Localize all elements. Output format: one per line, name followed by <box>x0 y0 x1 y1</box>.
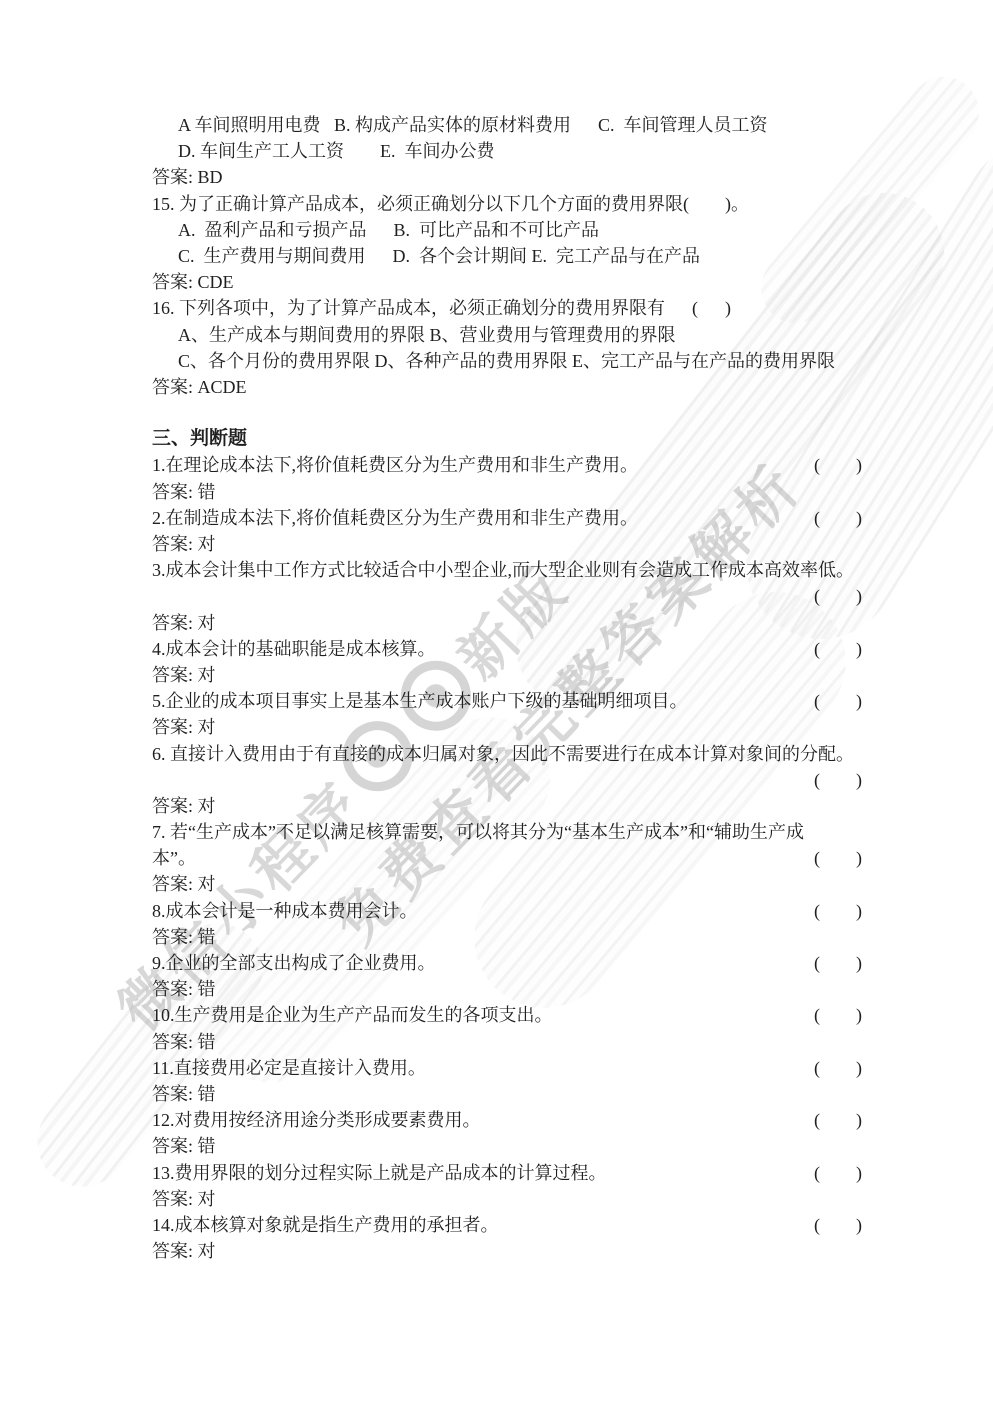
answer-bracket: ( ) <box>814 1107 862 1133</box>
question-line: 13.费用界限的划分过程实际上就是产品成本的计算过程。( ) <box>152 1160 862 1186</box>
answer-bracket: ( ) <box>814 1055 862 1081</box>
answer-bracket: ( ) <box>814 898 862 924</box>
line-text: A、生产成本与期间费用的界限 B、营业费用与管理费用的界限 <box>152 322 676 348</box>
question-line: 9.企业的全部支出构成了企业费用。( ) <box>152 950 862 976</box>
line-text: 答案: 错 <box>152 1133 216 1159</box>
answer-bracket: ( ) <box>814 767 862 793</box>
line-text: 答案: 对 <box>152 531 216 557</box>
answer-line: 答案: 错 <box>152 1029 862 1055</box>
answer-line: 答案: ACDE <box>152 374 862 400</box>
question-line: 15. 为了正确计算产品成本，必须正确划分以下几个方面的费用界限( )。 <box>152 191 862 217</box>
answer-bracket: ( ) <box>814 452 862 478</box>
document-content: A 车间照明用电费 B. 构成产品实体的原材料费用 C. 车间管理人员工资D. … <box>152 112 862 1264</box>
answer-line: 答案: 错 <box>152 924 862 950</box>
answer-line: 答案: 对 <box>152 793 862 819</box>
line-text: 10.生产费用是企业为生产产品而发生的各项支出。 <box>152 1002 553 1028</box>
option-line: A 车间照明用电费 B. 构成产品实体的原材料费用 C. 车间管理人员工资 <box>152 112 862 138</box>
answer-bracket: ( ) <box>814 1002 862 1028</box>
question-line: 本”。( ) <box>152 845 862 871</box>
question-line: 11.直接费用必定是直接计入费用。( ) <box>152 1055 862 1081</box>
line-text: C. 生产费用与期间费用 D. 各个会计期间 E. 完工产品与在产品 <box>152 243 700 269</box>
line-text: 2.在制造成本法下,将价值耗费区分为生产费用和非生产费用。 <box>152 505 638 531</box>
line-text: 答案: 对 <box>152 662 216 688</box>
line-text: 6. 直接计入费用由于有直接的成本归属对象，因此不需要进行在成本计算对象间的分配… <box>152 741 854 767</box>
answer-bracket: ( ) <box>814 1212 862 1238</box>
answer-line: 答案: 错 <box>152 1133 862 1159</box>
line-text: 答案: 对 <box>152 1186 216 1212</box>
line-text: 三、判断题 <box>152 426 247 452</box>
answer-bracket: ( ) <box>814 505 862 531</box>
answer-line: 答案: 对 <box>152 871 862 897</box>
line-text: 5.企业的成本项目事实上是基本生产成本账户下级的基础明细项目。 <box>152 688 688 714</box>
line-text: 答案: 错 <box>152 479 216 505</box>
bracket-line: ( ) <box>152 767 862 793</box>
line-text: 答案: 对 <box>152 610 216 636</box>
option-line: C、各个月份的费用界限 D、各种产品的费用界限 E、完工产品与在产品的费用界限 <box>152 348 862 374</box>
blank-line <box>152 400 862 426</box>
line-text: 11.直接费用必定是直接计入费用。 <box>152 1055 426 1081</box>
line-text: A 车间照明用电费 B. 构成产品实体的原材料费用 C. 车间管理人员工资 <box>152 112 768 138</box>
line-text: 16. 下列各项中，为了计算产品成本，必须正确划分的费用界限有 ( ) <box>152 295 731 321</box>
answer-bracket: ( ) <box>814 688 862 714</box>
line-text: 4.成本会计的基础职能是成本核算。 <box>152 636 436 662</box>
line-text: 1.在理论成本法下,将价值耗费区分为生产费用和非生产费用。 <box>152 452 638 478</box>
option-line: C. 生产费用与期间费用 D. 各个会计期间 E. 完工产品与在产品 <box>152 243 862 269</box>
line-text: 答案: 对 <box>152 793 216 819</box>
line-text: 9.企业的全部支出构成了企业费用。 <box>152 950 436 976</box>
answer-line: 答案: 错 <box>152 1081 862 1107</box>
line-text: 答案: BD <box>152 164 223 190</box>
answer-line: 答案: 对 <box>152 531 862 557</box>
answer-bracket: ( ) <box>814 1160 862 1186</box>
answer-line: 答案: 对 <box>152 714 862 740</box>
question-line: 12.对费用按经济用途分类形成要素费用。( ) <box>152 1107 862 1133</box>
answer-line: 答案: CDE <box>152 269 862 295</box>
answer-line: 答案: BD <box>152 164 862 190</box>
line-text: 12.对费用按经济用途分类形成要素费用。 <box>152 1107 481 1133</box>
answer-bracket: ( ) <box>814 636 862 662</box>
option-line: A、生产成本与期间费用的界限 B、营业费用与管理费用的界限 <box>152 322 862 348</box>
answer-bracket: ( ) <box>814 950 862 976</box>
answer-line: 答案: 对 <box>152 1238 862 1264</box>
line-text: 答案: 错 <box>152 924 216 950</box>
line-text: 13.费用界限的划分过程实际上就是产品成本的计算过程。 <box>152 1160 607 1186</box>
answer-bracket: ( ) <box>814 583 862 609</box>
bracket-line: ( ) <box>152 583 862 609</box>
answer-line: 答案: 对 <box>152 610 862 636</box>
question-line: 8.成本会计是一种成本费用会计。( ) <box>152 898 862 924</box>
question-line: 4.成本会计的基础职能是成本核算。( ) <box>152 636 862 662</box>
line-text: 答案: 对 <box>152 1238 216 1264</box>
line-text: 15. 为了正确计算产品成本，必须正确划分以下几个方面的费用界限( )。 <box>152 191 749 217</box>
line-text: 8.成本会计是一种成本费用会计。 <box>152 898 418 924</box>
line-text: 7. 若“生产成本”不足以满足核算需要，可以将其分为“基本生产成本”和“辅助生产… <box>152 819 804 845</box>
line-text: 答案: 错 <box>152 976 216 1002</box>
line-text: 答案: ACDE <box>152 374 247 400</box>
line-text: 本”。 <box>152 845 196 871</box>
line-text: 14.成本核算对象就是指生产费用的承担者。 <box>152 1212 499 1238</box>
question-line: 7. 若“生产成本”不足以满足核算需要，可以将其分为“基本生产成本”和“辅助生产… <box>152 819 862 845</box>
answer-line: 答案: 对 <box>152 662 862 688</box>
line-text: 3.成本会计集中工作方式比较适合中小型企业,而大型企业则有会造成工作成本高效率低… <box>152 557 854 583</box>
question-line: 10.生产费用是企业为生产产品而发生的各项支出。( ) <box>152 1002 862 1028</box>
line-text: 答案: 对 <box>152 714 216 740</box>
line-text: D. 车间生产工人工资 E. 车间办公费 <box>152 138 495 164</box>
option-line: D. 车间生产工人工资 E. 车间办公费 <box>152 138 862 164</box>
line-text: 答案: 错 <box>152 1029 216 1055</box>
option-line: A. 盈利产品和亏损产品 B. 可比产品和不可比产品 <box>152 217 862 243</box>
line-text: 答案: CDE <box>152 269 234 295</box>
answer-line: 答案: 错 <box>152 976 862 1002</box>
question-line: 2.在制造成本法下,将价值耗费区分为生产费用和非生产费用。( ) <box>152 505 862 531</box>
question-line: 1.在理论成本法下,将价值耗费区分为生产费用和非生产费用。( ) <box>152 452 862 478</box>
answer-line: 答案: 对 <box>152 1186 862 1212</box>
document-page: 微信小程序新版 免费查看完整答案解析 A 车间照明用电费 B. 构成产品实体的原… <box>0 0 993 1404</box>
question-line: 3.成本会计集中工作方式比较适合中小型企业,而大型企业则有会造成工作成本高效率低… <box>152 557 862 583</box>
answer-bracket: ( ) <box>814 845 862 871</box>
line-text: 答案: 错 <box>152 1081 216 1107</box>
question-line: 14.成本核算对象就是指生产费用的承担者。( ) <box>152 1212 862 1238</box>
question-line: 16. 下列各项中，为了计算产品成本，必须正确划分的费用界限有 ( ) <box>152 295 862 321</box>
line-text: C、各个月份的费用界限 D、各种产品的费用界限 E、完工产品与在产品的费用界限 <box>152 348 835 374</box>
line-text: A. 盈利产品和亏损产品 B. 可比产品和不可比产品 <box>152 217 599 243</box>
line-text: 答案: 对 <box>152 871 216 897</box>
section-heading: 三、判断题 <box>152 426 862 452</box>
answer-line: 答案: 错 <box>152 479 862 505</box>
question-line: 5.企业的成本项目事实上是基本生产成本账户下级的基础明细项目。( ) <box>152 688 862 714</box>
question-line: 6. 直接计入费用由于有直接的成本归属对象，因此不需要进行在成本计算对象间的分配… <box>152 741 862 767</box>
